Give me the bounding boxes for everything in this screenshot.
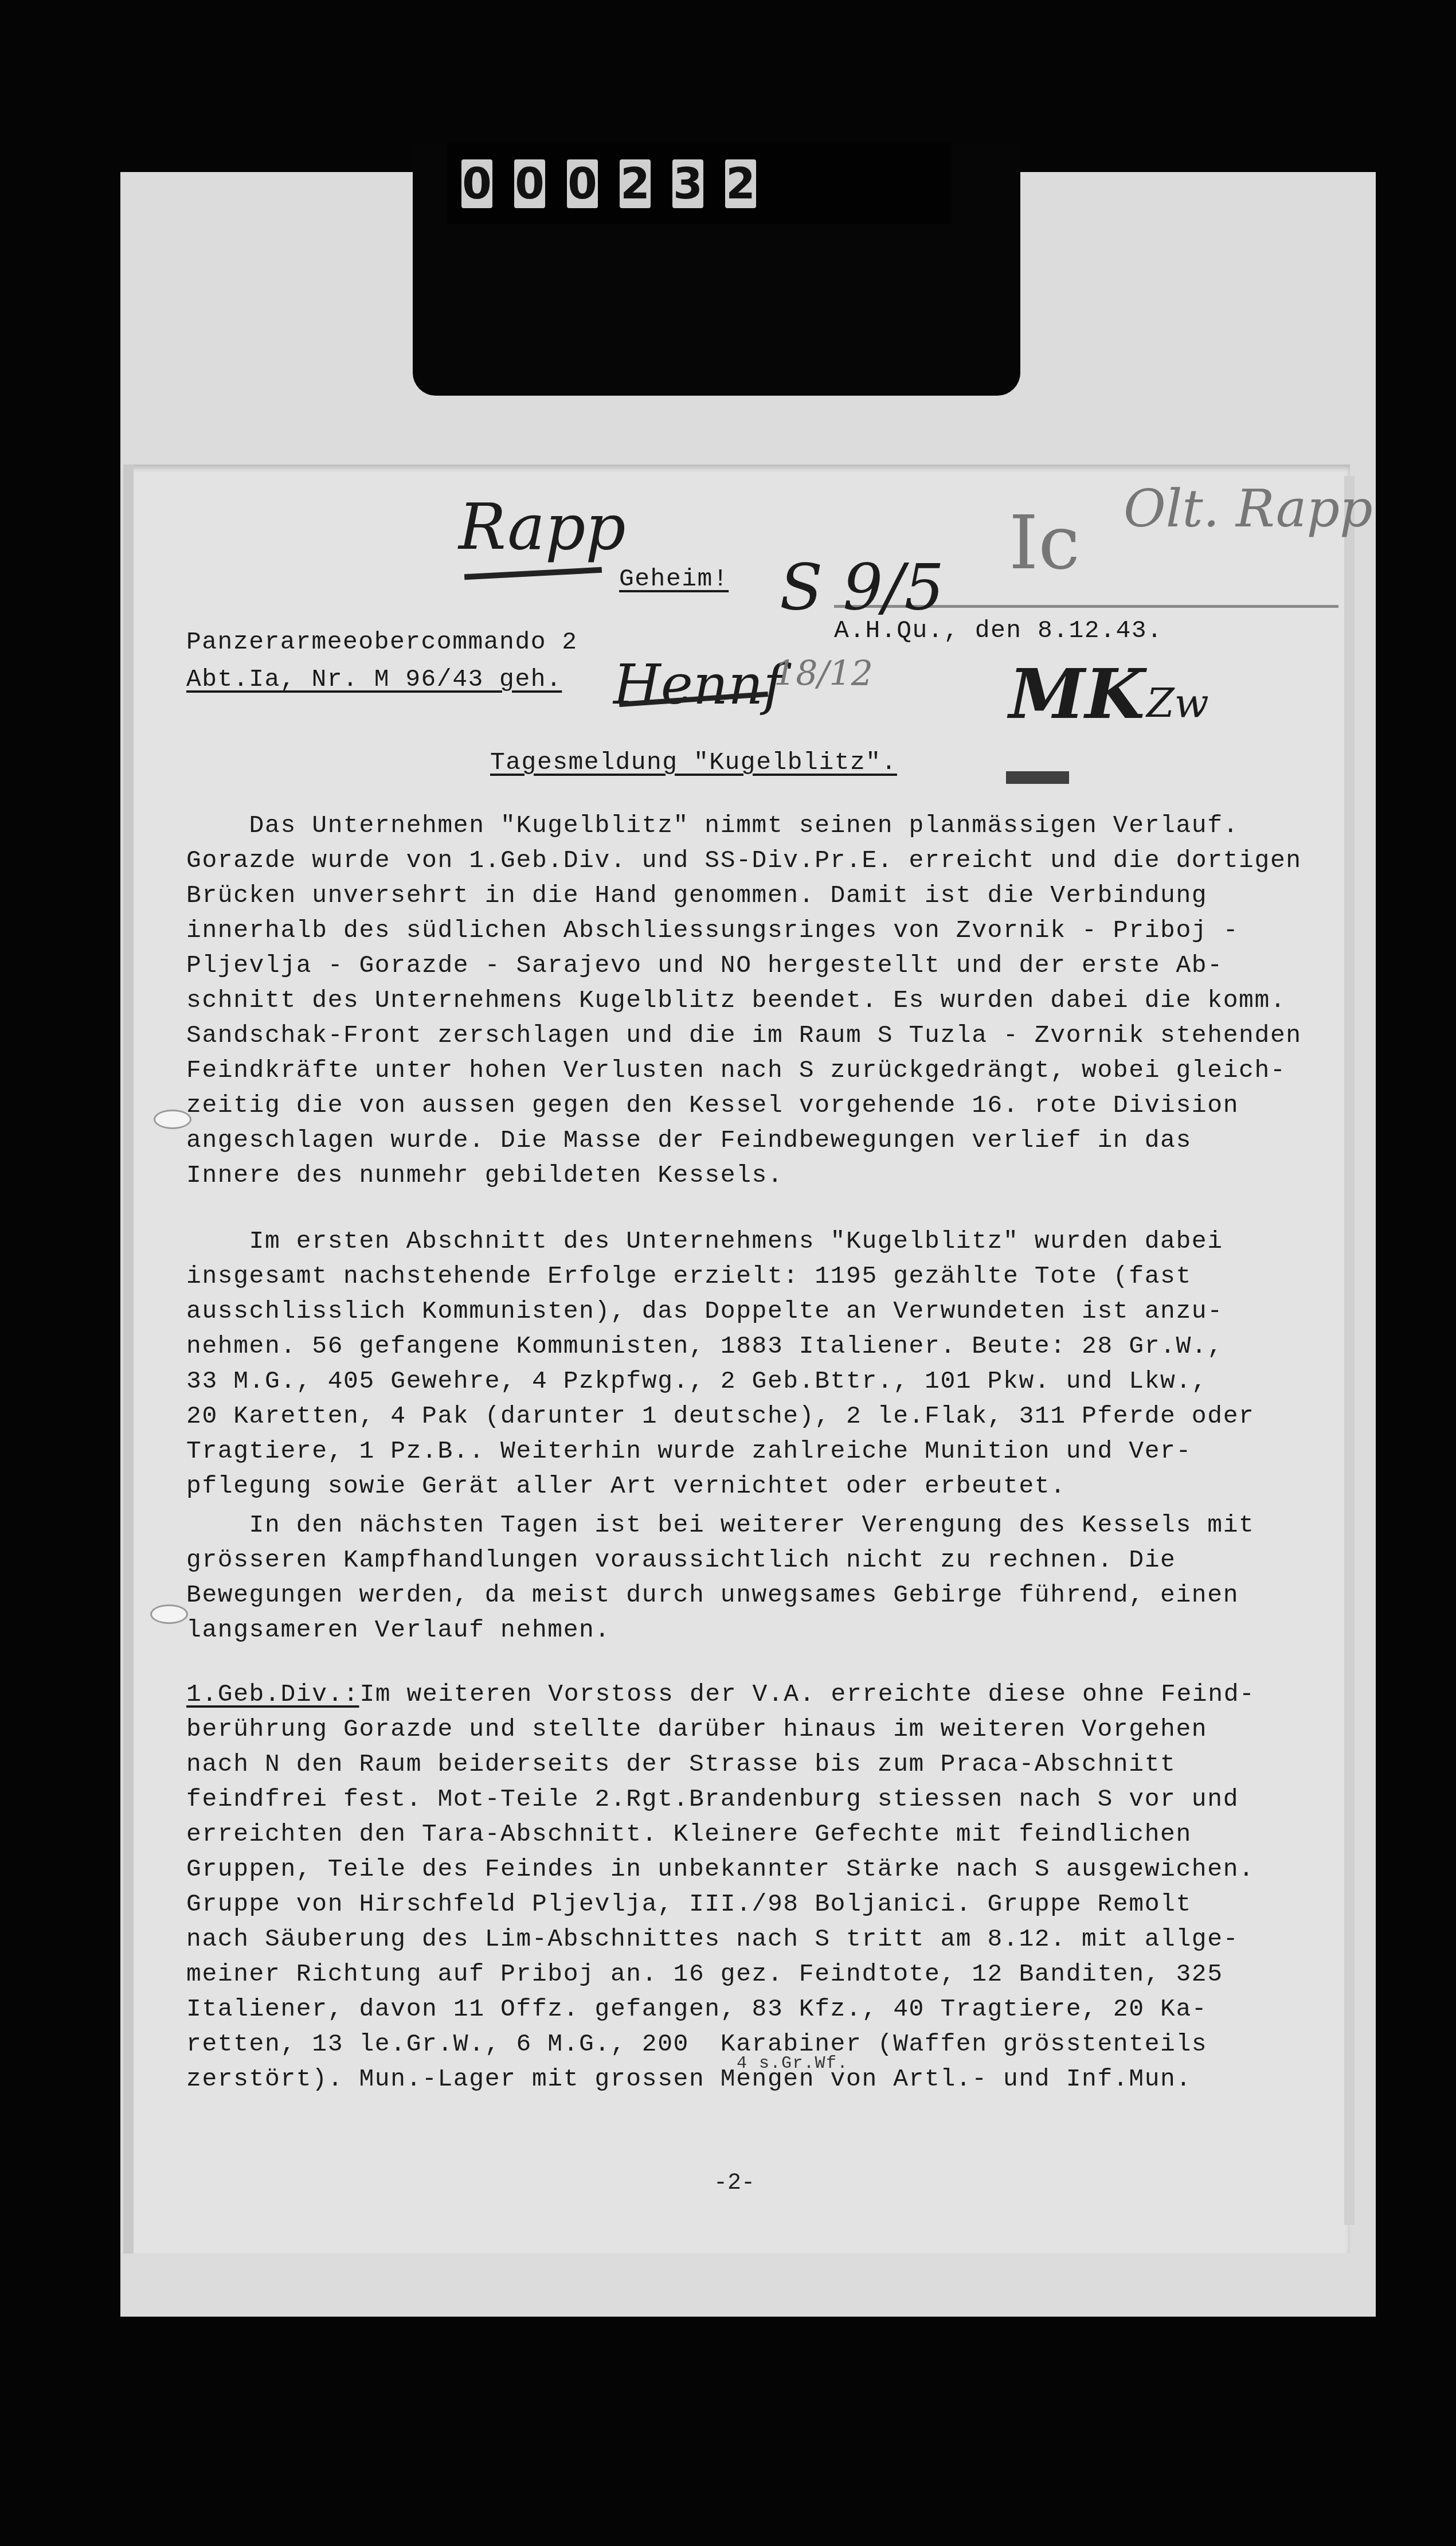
text-line: Feindkräfte unter hohen Verlusten nach S… bbox=[186, 1056, 1286, 1084]
handwritten-note-olt-rapp: Olt. Rapp bbox=[1124, 479, 1373, 539]
text-line: berührung Gorazde und stellte darüber hi… bbox=[186, 1715, 1207, 1743]
handwritten-date-pencil: 18/12 bbox=[774, 654, 873, 694]
counter-digit: 0 bbox=[461, 159, 492, 208]
office-name: Panzerarmeeobercommando 2 bbox=[186, 628, 578, 656]
counter-digit: 3 bbox=[672, 159, 703, 208]
handwritten-insertion: 4 s.Gr.Wf. bbox=[737, 2054, 848, 2073]
handwritten-initials-small: Zw bbox=[1146, 680, 1209, 727]
classification-label: Geheim! bbox=[619, 565, 729, 593]
text-line: retten, 13 le.Gr.W., 6 M.G., 200 Karabin… bbox=[186, 2030, 1207, 2058]
text-line: Innere des nunmehr gebildeten Kessels. bbox=[186, 1161, 783, 1189]
text-line: In den nächsten Tagen ist bei weiterer V… bbox=[186, 1511, 1255, 1539]
punch-hole-icon bbox=[150, 1604, 188, 1624]
text-line: insgesamt nachstehende Erfolge erzielt: … bbox=[186, 1262, 1192, 1290]
counter-digit: 2 bbox=[725, 159, 756, 208]
paper-edge bbox=[123, 464, 134, 2254]
text-line: grösseren Kampfhandlungen voraussichtlic… bbox=[186, 1546, 1176, 1574]
redacted-stamp-mark bbox=[1006, 771, 1069, 784]
counter-digit: 0 bbox=[514, 159, 545, 208]
text-line: Gruppen, Teile des Feindes in unbekannte… bbox=[186, 1855, 1255, 1883]
handwritten-initials: MK bbox=[1009, 654, 1145, 735]
counter-digit: 2 bbox=[620, 159, 651, 208]
text-line: Bewegungen werden, da meist durch unwegs… bbox=[186, 1581, 1239, 1609]
text-line: feindfrei fest. Mot-Teile 2.Rgt.Brandenb… bbox=[186, 1785, 1239, 1813]
text-line: angeschlagen wurde. Die Masse der Feindb… bbox=[186, 1126, 1192, 1154]
text-line: 33 M.G., 405 Gewehre, 4 Pzkpfwg., 2 Geb.… bbox=[186, 1367, 1207, 1395]
paper-edge bbox=[1344, 476, 1355, 2225]
text-line: Gruppe von Hirschfeld Pljevlja, III./98 … bbox=[186, 1890, 1192, 1918]
text-line: Das Unternehmen "Kugelblitz" nimmt seine… bbox=[186, 811, 1239, 839]
place-date: A.H.Qu., den 8.12.43. bbox=[834, 616, 1163, 645]
text-line: ausschlisslich Kommunisten), das Doppelt… bbox=[186, 1297, 1223, 1325]
text-line: schnitt des Unternehmens Kugelblitz been… bbox=[186, 986, 1286, 1014]
reference-number: Abt.Ia, Nr. M 96/43 geh. bbox=[186, 665, 562, 693]
text-line: 20 Karetten, 4 Pak (darunter 1 deutsche)… bbox=[186, 1402, 1255, 1430]
text-line: Im weiteren Vorstoss der V.A. erreichte … bbox=[344, 1680, 1255, 1708]
text-line: nach Säuberung des Lim-Abschnittes nach … bbox=[186, 1925, 1239, 1953]
frame-counter: 0 0 0 2 3 2 bbox=[461, 159, 773, 208]
counter-digit: 0 bbox=[567, 159, 598, 208]
text-line: innerhalb des südlichen Abschliessungsri… bbox=[186, 916, 1239, 944]
text-line: Pljevlja - Gorazde - Sarajevo und NO her… bbox=[186, 951, 1223, 979]
handwritten-ic-mark: Ic bbox=[1009, 499, 1080, 586]
text-line: langsameren Verlauf nehmen. bbox=[186, 1616, 610, 1644]
text-line: zerstört). Mun.-Lager mit grossen Mengen… bbox=[186, 2065, 1192, 2093]
text-line: meiner Richtung auf Priboj an. 16 gez. F… bbox=[186, 1960, 1223, 1988]
handwritten-scribble: S 9/5 bbox=[780, 550, 944, 624]
counter-lever bbox=[995, 221, 1011, 301]
page-number: -2- bbox=[714, 2170, 755, 2196]
section-label: 1.Geb.Div.: bbox=[186, 1680, 359, 1708]
text-line: Im ersten Abschnitt des Unternehmens "Ku… bbox=[186, 1227, 1223, 1255]
handwritten-signature-top: Rapp bbox=[459, 490, 626, 564]
text-line: Brücken unversehrt in die Hand genommen.… bbox=[186, 881, 1207, 909]
text-line: Tragtiere, 1 Pz.B.. Weiterhin wurde zahl… bbox=[186, 1437, 1192, 1465]
text-line: erreichten den Tara-Abschnitt. Kleinere … bbox=[186, 1820, 1192, 1848]
text-line: Gorazde wurde von 1.Geb.Div. und SS-Div.… bbox=[186, 846, 1302, 874]
text-line: zeitig die von aussen gegen den Kessel v… bbox=[186, 1091, 1239, 1119]
text-line: pflegung sowie Gerät aller Art vernichte… bbox=[186, 1472, 1066, 1500]
handwritten-signature-middle: Hennf bbox=[613, 654, 784, 717]
text-line: Sandschak-Front zerschlagen und die im R… bbox=[186, 1021, 1302, 1049]
text-line: nach N den Raum beiderseits der Strasse … bbox=[186, 1750, 1176, 1778]
document-title: Tagesmeldung "Kugelblitz". bbox=[490, 748, 897, 776]
text-line: nehmen. 56 gefangene Kommunisten, 1883 I… bbox=[186, 1332, 1223, 1360]
text-line: Italiener, davon 11 Offz. gefangen, 83 K… bbox=[186, 1995, 1207, 2023]
